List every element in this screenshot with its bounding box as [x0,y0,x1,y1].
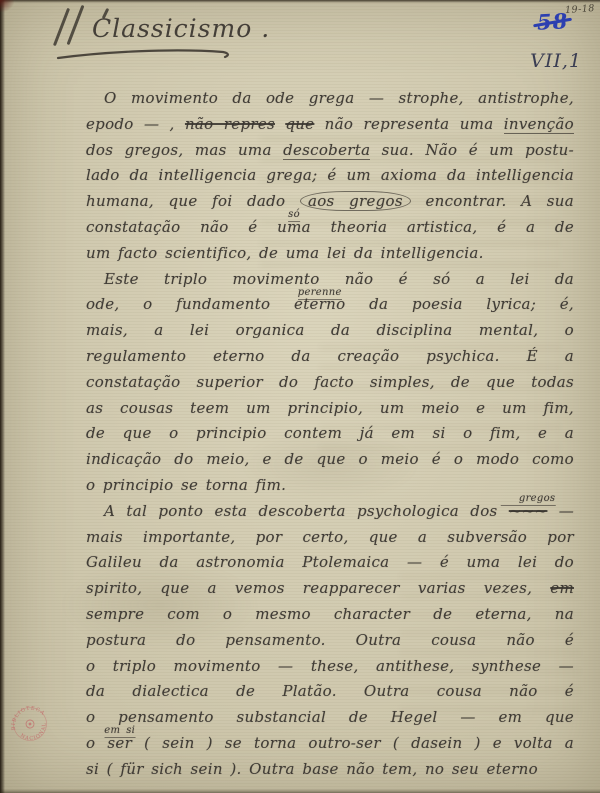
text-segment: si ( für sich sein ). Outra base não tem… [86,760,538,778]
interline-insertion: perenne [298,288,342,300]
handwritten-line: A tal ponto esta descoberta psychologica… [86,499,574,525]
text-segment [275,115,285,133]
struck-page-number: 58 [536,8,569,35]
title-underline-stroke [55,46,237,62]
text-segment: ( sein ) se torna outro-ser ( dasein ) e… [132,734,574,752]
text-segment: o triplo movimento — these, antithese, s… [86,657,574,675]
text-segment: O movimento da ode grega — strophe, anti… [104,89,574,107]
svg-text:BIBLIOTECA: BIBLIOTECA [4,699,47,732]
handwritten-line: de que o principio contem já em si o fim… [86,421,574,447]
handwritten-line: regulamento eterno da creação psychica. … [86,344,574,370]
text-segment: as cousas teem um principio, um meio e u… [86,399,574,417]
handwritten-line: spirito, que a vemos reapparecer varias … [86,576,574,602]
handwritten-line: indicação do meio, e de que o meio é o m… [86,447,574,473]
interline-insertion: só [288,210,300,222]
struck-text: não repres [185,115,275,133]
handwritten-line: mais importante, por certo, que a subver… [86,525,574,551]
catalog-reference: 19-18 [565,3,596,16]
scan-edge-left [0,0,5,793]
scan-edge-corner [0,0,14,12]
handwritten-line: da dialectica de Platão. Outra cousa não… [86,679,574,705]
text-segment: um facto scientifico, de uma lei da inte… [86,244,484,262]
handwritten-line: O movimento da ode grega — strophe, anti… [86,86,574,112]
svg-text:NACIONAL: NACIONAL [17,720,53,747]
underlined-text: descoberta [283,141,370,160]
text-segment: mais, a lei organica da disciplina menta… [86,321,574,339]
interline-insertion: gregos [501,494,555,506]
text-segment: regulamento eterno da creação psychica. … [86,347,574,365]
handwritten-line: ode, o fundamento eternoperenne da poesi… [86,292,574,318]
text-segment: Galileu da astronomia Ptolemaica — é uma… [86,553,574,571]
text-segment: Este triplo movimento não é só a lei da [104,270,574,288]
handwritten-line: constatação não é umasó theoria artistic… [86,215,574,241]
text-segment: da dialectica de Platão. Outra cousa não… [86,682,574,700]
handwritten-line: lado da intelligencia grega; é um axioma… [86,163,574,189]
scan-edge-bottom [0,789,600,793]
struck-text: em [550,579,574,597]
stamp-text-bottom: NACIONAL [17,720,53,747]
text-segment: theoria artistica, é a de [311,218,574,236]
handwritten-line: Galileu da astronomia Ptolemaica — é uma… [86,550,574,576]
interline-insertion: em si [104,726,135,738]
text-segment: da poesia lyrica; é, [345,295,574,313]
handwritten-line: constatação superior do facto simples, d… [86,370,574,396]
text-segment: lado da intelligencia grega; é um axioma… [86,166,574,184]
handwritten-line: um facto scientifico, de uma lei da inte… [86,241,574,267]
text-segment: humana, que foi dado [86,192,300,210]
text-segment: sua. Não é um postu- [370,141,574,159]
text-segment: spirito, que a vemos reapparecer varias … [86,579,550,597]
page-title: Classicismo . [92,14,270,43]
handwritten-line: postura do pensamento. Outra cousa não é [86,628,574,654]
scan-edge-top [0,0,600,3]
handwritten-line: sempre com o mesmo character de eterna, … [86,602,574,628]
handwritten-line: o pensamento substancial de Hegel — em q… [86,705,574,731]
text-segment: constatação superior do facto simples, d… [86,373,574,391]
handwritten-line: epodo — , não repres que não representa … [86,112,574,138]
handwritten-line: mais, a lei organica da disciplina menta… [86,318,574,344]
handwritten-line: humana, que foi dado aos gregos encontra… [86,189,574,215]
text-segment: dos gregos, mas uma [86,141,283,159]
text-segment: não representa uma [314,115,503,133]
stamp-text-top: BIBLIOTECA [4,699,47,732]
text-segment: epodo — , [86,115,185,133]
handwritten-line: dos gregos, mas uma descoberta sua. Não … [86,138,574,164]
handwritten-line: o serem si ( sein ) se torna outro-ser (… [86,731,574,757]
manuscript-page: Classicismo . 58 19-18 VII,1 O movimento… [0,0,600,793]
struck-text: ~~~gregos [509,502,548,520]
handwritten-line: o triplo movimento — these, antithese, s… [86,654,574,680]
text-segment: A tal ponto esta descoberta psychologica… [104,502,509,520]
text-segment: o principio se torna fim. [86,476,286,494]
manuscript-lines: O movimento da ode grega — strophe, anti… [86,86,574,783]
struck-text: que [285,115,314,133]
text-segment: indicação do meio, e de que o meio é o m… [86,450,574,468]
text-segment: eternoperenne [294,295,345,313]
handwritten-line: si ( für sich sein ). Outra base não tem… [86,757,574,783]
text-segment: mais importante, por certo, que a subver… [86,528,574,546]
volume-reference: VII,1 [530,50,582,72]
text-segment: constatação não é [86,218,277,236]
text-segment: o pensamento substancial de Hegel — em q… [86,708,574,726]
circled-text: aos gregos [300,191,411,211]
library-stamp: BIBLIOTECA NACIONAL [0,692,62,756]
text-segment: umasó [277,218,311,236]
text-segment: postura do pensamento. Outra cousa não é [86,631,574,649]
underlined-text: invenção [504,115,574,134]
text-segment: de que o principio contem já em si o fim… [86,424,574,442]
text-segment: encontrar. A sua [411,192,574,210]
text-segment: serem si [107,734,132,752]
text-segment: sempre com o mesmo character de eterna, … [86,605,574,623]
text-segment: ode, o fundamento [86,295,294,313]
handwritten-line: as cousas teem um principio, um meio e u… [86,396,574,422]
